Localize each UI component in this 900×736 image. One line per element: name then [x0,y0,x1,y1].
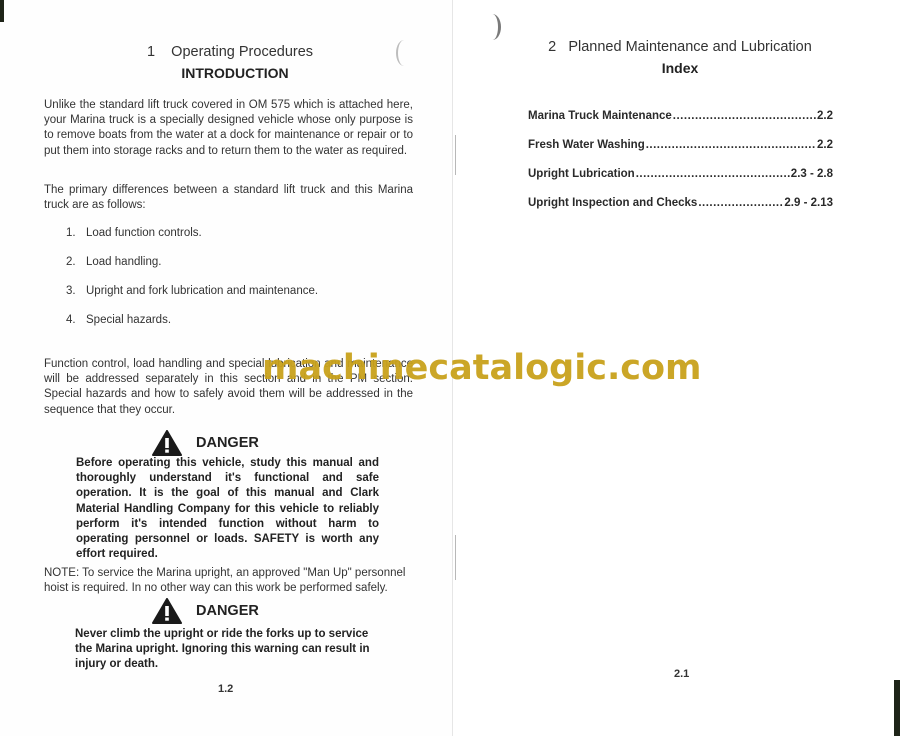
chapter-heading: 2 Planned Maintenance and Lubrication [540,39,820,55]
differences-list: 1.Load function controls. 2.Load handlin… [66,227,318,343]
scan-edge-shadow [894,680,900,736]
list-item: 4.Special hazards. [66,314,318,343]
list-item: 3.Upright and fork lubrication and maint… [66,285,318,314]
index-entry[interactable]: Upright Inspection and Checks 2.9 - 2.13 [528,197,833,226]
index-entry[interactable]: Upright Lubrication 2.3 - 2.8 [528,168,833,197]
page-number: 2.1 [674,668,689,680]
chapter-title: Operating Procedures [171,44,313,60]
note-text: NOTE: To service the Marina upright, an … [44,566,413,596]
list-item: 1.Load function controls. [66,227,318,256]
watermark: machinecatalogic.com [262,348,702,388]
warning-triangle-icon [152,598,182,624]
leader-dots [698,197,783,209]
scan-edge-shadow [0,0,4,22]
index-list: Marina Truck Maintenance 2.2 Fresh Water… [528,110,833,226]
binding-mark [455,135,459,175]
index-entry[interactable]: Fresh Water Washing 2.2 [528,139,833,168]
leader-dots [636,168,790,180]
chapter-number: 1 [147,44,155,60]
warning-triangle-icon [152,430,182,456]
page-number: 1.2 [218,683,233,695]
danger-heading: DANGER [152,598,259,624]
list-item: 2.Load handling. [66,256,318,285]
leader-dots [646,139,816,151]
danger-heading: DANGER [152,430,259,456]
danger-text: Before operating this vehicle, study thi… [76,456,379,562]
chapter-heading: 1 Operating Procedures [100,44,360,60]
intro-paragraph: Unlike the standard lift truck covered i… [44,98,413,159]
binding-mark [455,535,459,580]
leader-dots [673,110,816,122]
binder-hole-icon [484,14,501,40]
index-entry[interactable]: Marina Truck Maintenance 2.2 [528,110,833,139]
chapter-title: Planned Maintenance and Lubrication [568,39,811,55]
chapter-number: 2 [548,39,556,55]
section-title: Index [620,60,740,76]
section-title: INTRODUCTION [130,65,340,81]
differences-intro: The primary differences between a standa… [44,183,413,213]
binder-hole-icon [396,40,412,66]
danger-text: Never climb the upright or ride the fork… [75,627,378,673]
